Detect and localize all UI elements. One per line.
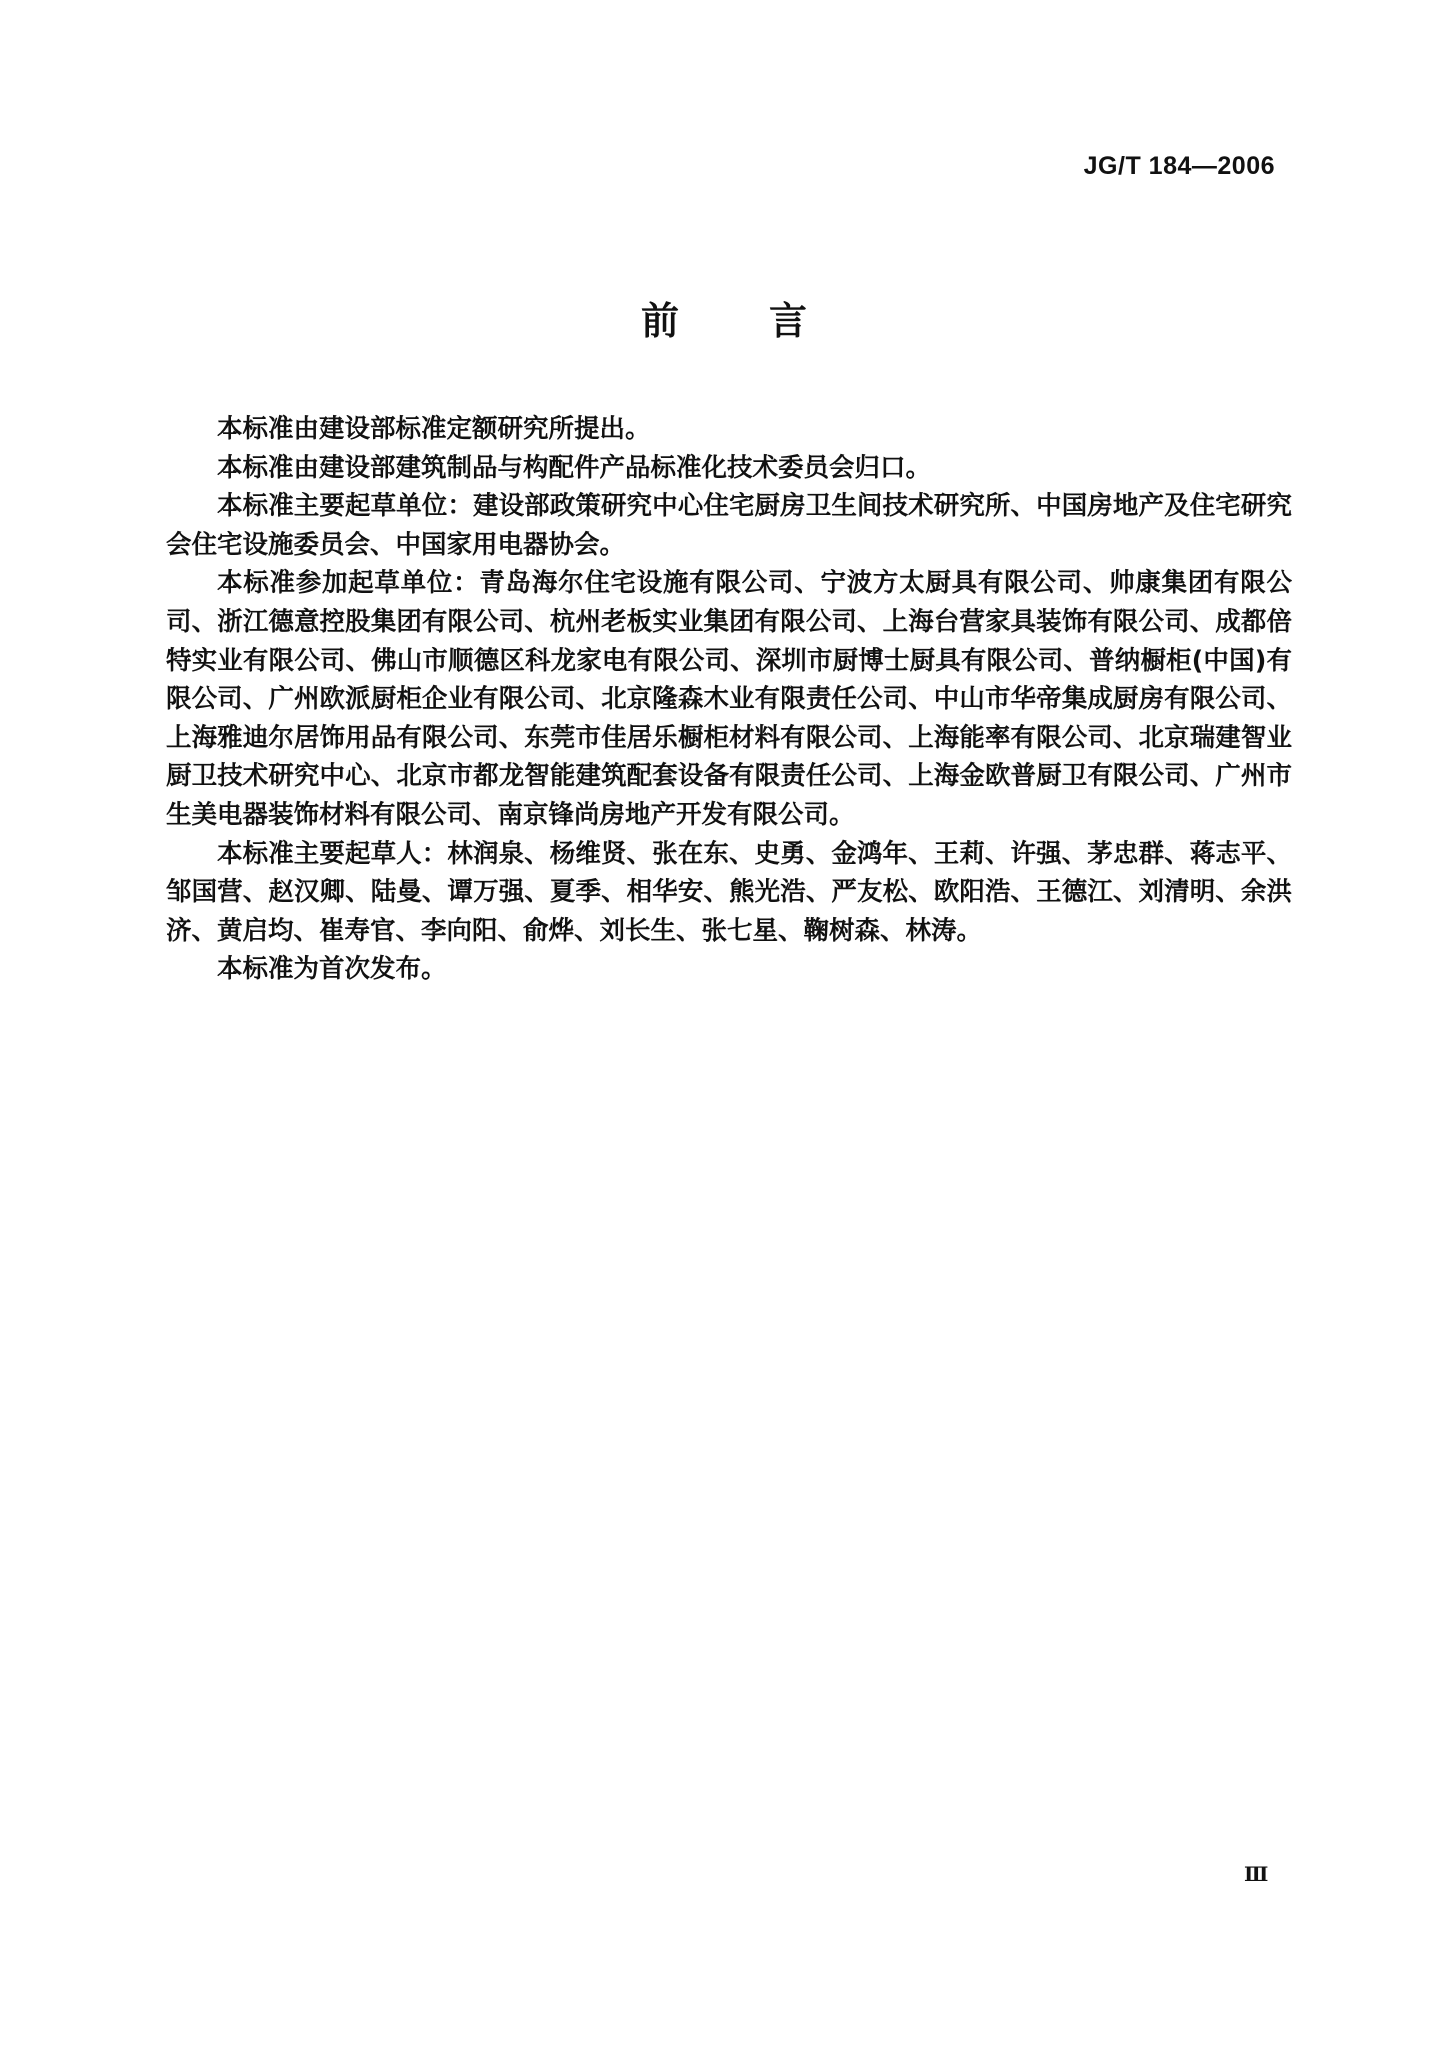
paragraph-main-drafters-units: 本标准主要起草单位：建设部政策研究中心住宅厨房卫生间技术研究所、中国房地产及住宅… [166, 487, 1292, 564]
foreword-body: 本标准由建设部标准定额研究所提出。 本标准由建设部建筑制品与构配件产品标准化技术… [166, 410, 1292, 989]
paragraph-first-release: 本标准为首次发布。 [166, 950, 1292, 989]
page-title: 前言 [0, 290, 1448, 345]
paragraph-main-drafters: 本标准主要起草人：林润泉、杨维贤、张在东、史勇、金鸿年、王莉、许强、茅忠群、蒋志… [166, 835, 1292, 951]
page-number: Ⅲ [1244, 1862, 1268, 1886]
paragraph-administrator: 本标准由建设部建筑制品与构配件产品标准化技术委员会归口。 [166, 449, 1292, 488]
standard-code: JG/T 184—2006 [1084, 152, 1275, 181]
paragraph-proposer: 本标准由建设部标准定额研究所提出。 [166, 410, 1292, 449]
paragraph-participating-units: 本标准参加起草单位：青岛海尔住宅设施有限公司、宁波方太厨具有限公司、帅康集团有限… [166, 564, 1292, 834]
